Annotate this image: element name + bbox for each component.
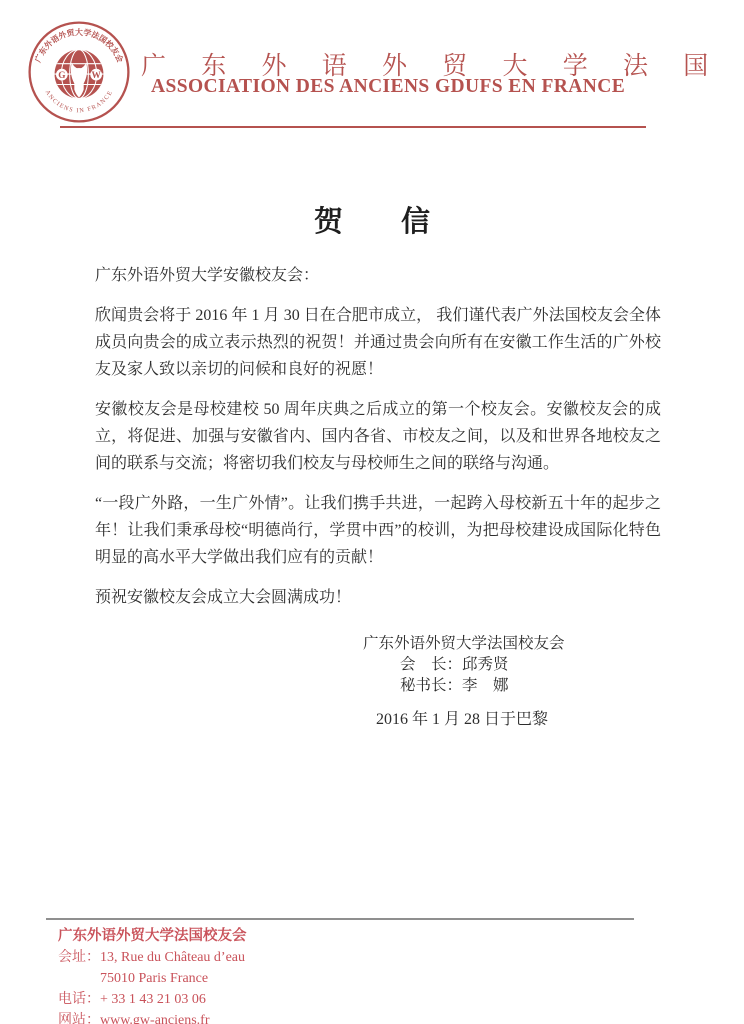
paragraph: 安徽校友会是母校建校 50 周年庆典之后成立的第一个校友会。安徽校友会的成立，将… (95, 396, 661, 477)
footer-address-label: 会址： (58, 947, 100, 968)
footer-address-line2: 75010 Paris France (58, 968, 247, 989)
footer-website-label: 网站： (58, 1010, 100, 1024)
paragraph: 欣闻贵会将于 2016 年 1 月 30 日在合肥市成立， 我们谨代表广外法国校… (95, 302, 661, 383)
footer-phone-label: 电话： (58, 989, 100, 1010)
footer-phone-row: 电话：+ 33 1 43 21 03 06 (58, 989, 247, 1010)
header-divider (60, 126, 646, 128)
footer-contact-block: 广东外语外贸大学法国校友会 会址：13, Rue du Château d’ea… (58, 926, 247, 1024)
org-title-french: ASSOCIATION DES ANCIENS GDUFS EN FRANCE (151, 76, 625, 98)
paragraph: 预祝安徽校友会成立大会圆满成功！ (95, 584, 661, 611)
seal-monogram-g: G (58, 71, 66, 81)
footer-phone-number: + 33 1 43 21 03 06 (100, 992, 206, 1007)
footer-org-name: 广东外语外贸大学法国校友会 (58, 926, 247, 947)
signature-block: 广东外语外贸大学法国校友会 会 长：邱秀贤 秘书长：李 娜 (363, 633, 565, 696)
letter-page: 广东外语外贸大学法国校友会 ANCIENS IN FRANCE G W 广 东 … (0, 0, 744, 1024)
footer-address-row: 会址：13, Rue du Château d’eau (58, 947, 247, 968)
signature-org: 广东外语外贸大学法国校友会 (363, 633, 565, 654)
salutation: 广东外语外贸大学安徽校友会： (95, 262, 661, 289)
association-seal-logo: 广东外语外贸大学法国校友会 ANCIENS IN FRANCE G W (27, 20, 131, 124)
paragraph: “一段广外路，一生广外情”。让我们携手共进，一起跨入母校新五十年的起步之年！让我… (95, 490, 661, 571)
signature-president: 会 长：邱秀贤 (363, 654, 565, 675)
footer-website-row: 网站：www.gw-anciens.fr (58, 1010, 247, 1024)
globe-seal-icon: 广东外语外贸大学法国校友会 ANCIENS IN FRANCE G W (27, 20, 131, 124)
footer-divider (46, 918, 634, 920)
letter-date: 2016 年 1 月 28 日于巴黎 (376, 706, 548, 729)
footer-website-url: www.gw-anciens.fr (100, 1013, 210, 1024)
letter-body: 广东外语外贸大学安徽校友会： 欣闻贵会将于 2016 年 1 月 30 日在合肥… (95, 262, 661, 624)
seal-monogram-w: W (91, 71, 101, 81)
signature-secretary: 秘书长：李 娜 (363, 675, 565, 696)
footer-address-line1: 13, Rue du Château d’eau (100, 950, 245, 965)
letter-title: 贺 信 (0, 199, 744, 240)
